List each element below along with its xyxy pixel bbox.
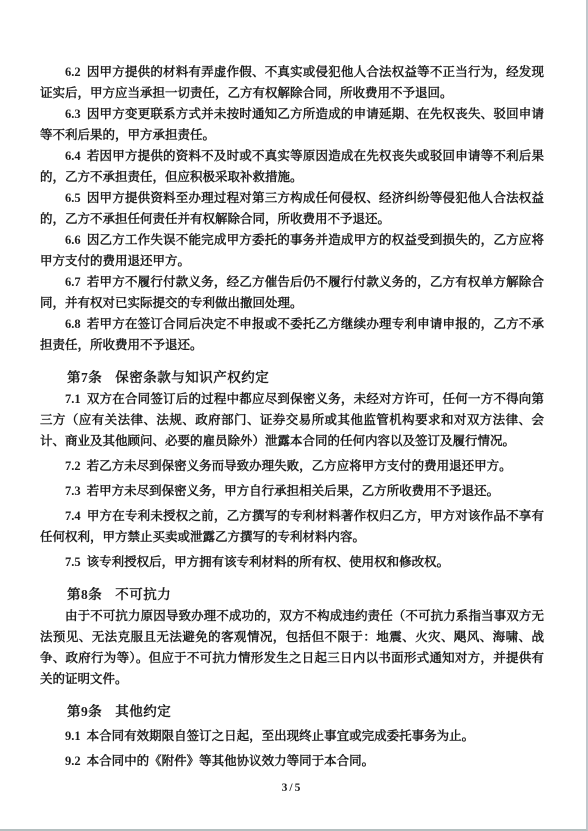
page-number: 3/5 — [40, 778, 544, 799]
clause-text: 因甲方提供资料至办理过程对第三方构成任何侵权、经济纠纷等侵犯他人合法权益的，乙方… — [40, 191, 544, 226]
clause-number: 9.2 — [65, 754, 87, 768]
section-number: 第8条 — [67, 587, 102, 602]
section-title: 其他约定 — [115, 704, 171, 719]
clause-text: 本合同有效期限自签订之日起，至出现终止事宜或完成委托事务为止。 — [87, 729, 475, 743]
clause-number: 7.3 — [65, 484, 87, 498]
clause-text: 若乙方未尽到保密义务而导致办理失败，乙方应将甲方支付的费用退还甲方。 — [87, 459, 512, 473]
section-8-heading: 第8条不可抗力 — [40, 584, 544, 605]
clause-number: 6.7 — [65, 275, 87, 289]
clause-text: 若甲方未尽到保密义务，甲方自行承担相关后果，乙方所收费用不予退还。 — [87, 484, 500, 498]
section-9-heading: 第9条其他约定 — [40, 701, 544, 722]
section-number: 第9条 — [67, 704, 102, 719]
contract-document-page: 6.2因甲方提供的材料有弄虚作假、不真实或侵犯他人合法权益等不正当行为，经发现证… — [0, 0, 588, 831]
clause-6-3: 6.3因甲方变更联系方式并未按时通知乙方所造成的申请延期、在先权丧失、驳回申请等… — [40, 104, 544, 146]
clause-number: 7.1 — [65, 392, 87, 406]
clause-text: 本合同中的《附件》等其他协议效力等同于本合同。 — [87, 754, 375, 768]
section-7-heading: 第7条保密条款与知识产权约定 — [40, 367, 544, 388]
clause-7-2: 7.2若乙方未尽到保密义务而导致办理失败，乙方应将甲方支付的费用退还甲方。 — [40, 456, 544, 477]
clause-6-5: 6.5因甲方提供资料至办理过程对第三方构成任何侵权、经济纠纷等侵犯他人合法权益的… — [40, 188, 544, 230]
clause-9-1: 9.1本合同有效期限自签订之日起，至出现终止事宜或完成委托事务为止。 — [40, 726, 544, 747]
clause-text: 若甲方在签订合同后决定不申报或不委托乙方继续办理专利申请申报的，乙方不承担责任，… — [40, 317, 544, 352]
clause-6-7: 6.7若甲方不履行付款义务，经乙方催告后仍不履行付款义务的，乙方有权单方解除合同… — [40, 272, 544, 314]
clause-9-2: 9.2本合同中的《附件》等其他协议效力等同于本合同。 — [40, 751, 544, 772]
clause-text: 由于不可抗力原因导致办理不成功的，双方不构成违约责任（不可抗力系指当事双方无法预… — [40, 609, 544, 686]
clause-7-5: 7.5该专利授权后，甲方拥有该专利材料的所有权、使用权和修改权。 — [40, 552, 544, 573]
clause-number: 9.1 — [65, 729, 87, 743]
clause-7-3: 7.3若甲方未尽到保密义务，甲方自行承担相关后果，乙方所收费用不予退还。 — [40, 481, 544, 502]
clause-text: 因乙方工作失误不能完成甲方委托的事务并造成甲方的权益受到损失的，乙方应将甲方支付… — [40, 233, 544, 268]
clause-6-8: 6.8若甲方在签订合同后决定不申报或不委托乙方继续办理专利申请申报的，乙方不承担… — [40, 314, 544, 356]
clause-number: 6.4 — [65, 149, 87, 163]
section-title: 不可抗力 — [115, 587, 171, 602]
clause-number: 6.5 — [65, 191, 87, 205]
clause-number: 7.5 — [65, 555, 87, 569]
clause-7-1: 7.1双方在合同签订后的过程中都应尽到保密义务，未经对方许可，任何一方不得向第三… — [40, 389, 544, 452]
clause-number: 6.2 — [65, 65, 87, 79]
clause-6-6: 6.6因乙方工作失误不能完成甲方委托的事务并造成甲方的权益受到损失的，乙方应将甲… — [40, 230, 544, 272]
clause-6-4: 6.4若因甲方提供的资料不及时或不真实等原因造成在先权丧失或驳回申请等不利后果的… — [40, 146, 544, 188]
clause-text: 甲方在专利未授权之前，乙方撰写的专利材料著作权归乙方，甲方对该作品不享有任何权利… — [40, 509, 544, 544]
clause-number: 6.3 — [65, 107, 87, 121]
clause-text: 若甲方不履行付款义务，经乙方催告后仍不履行付款义务的，乙方有权单方解除合同，并有… — [40, 275, 544, 310]
section-number: 第7条 — [67, 370, 102, 385]
clause-text: 因甲方提供的材料有弄虚作假、不真实或侵犯他人合法权益等不正当行为，经发现证实后，… — [40, 65, 544, 100]
clause-text: 若因甲方提供的资料不及时或不真实等原因造成在先权丧失或驳回申请等不利后果的，乙方… — [40, 149, 544, 184]
section-title: 保密条款与知识产权约定 — [115, 370, 269, 385]
section-8-body: 由于不可抗力原因导致办理不成功的，双方不构成违约责任（不可抗力系指当事双方无法预… — [40, 606, 544, 690]
clause-text: 因甲方变更联系方式并未按时通知乙方所造成的申请延期、在先权丧失、驳回申请等不利后… — [40, 107, 544, 142]
clause-text: 双方在合同签订后的过程中都应尽到保密义务，未经对方许可，任何一方不得向第三方（应… — [40, 392, 544, 448]
clause-number: 6.8 — [65, 317, 87, 331]
clause-number: 7.2 — [65, 459, 87, 473]
clause-text: 该专利授权后，甲方拥有该专利材料的所有权、使用权和修改权。 — [87, 555, 450, 569]
clause-6-2: 6.2因甲方提供的材料有弄虚作假、不真实或侵犯他人合法权益等不正当行为，经发现证… — [40, 62, 544, 104]
clause-number: 6.6 — [65, 233, 87, 247]
clause-7-4: 7.4甲方在专利未授权之前，乙方撰写的专利材料著作权归乙方，甲方对该作品不享有任… — [40, 506, 544, 548]
clause-number: 7.4 — [65, 509, 87, 523]
